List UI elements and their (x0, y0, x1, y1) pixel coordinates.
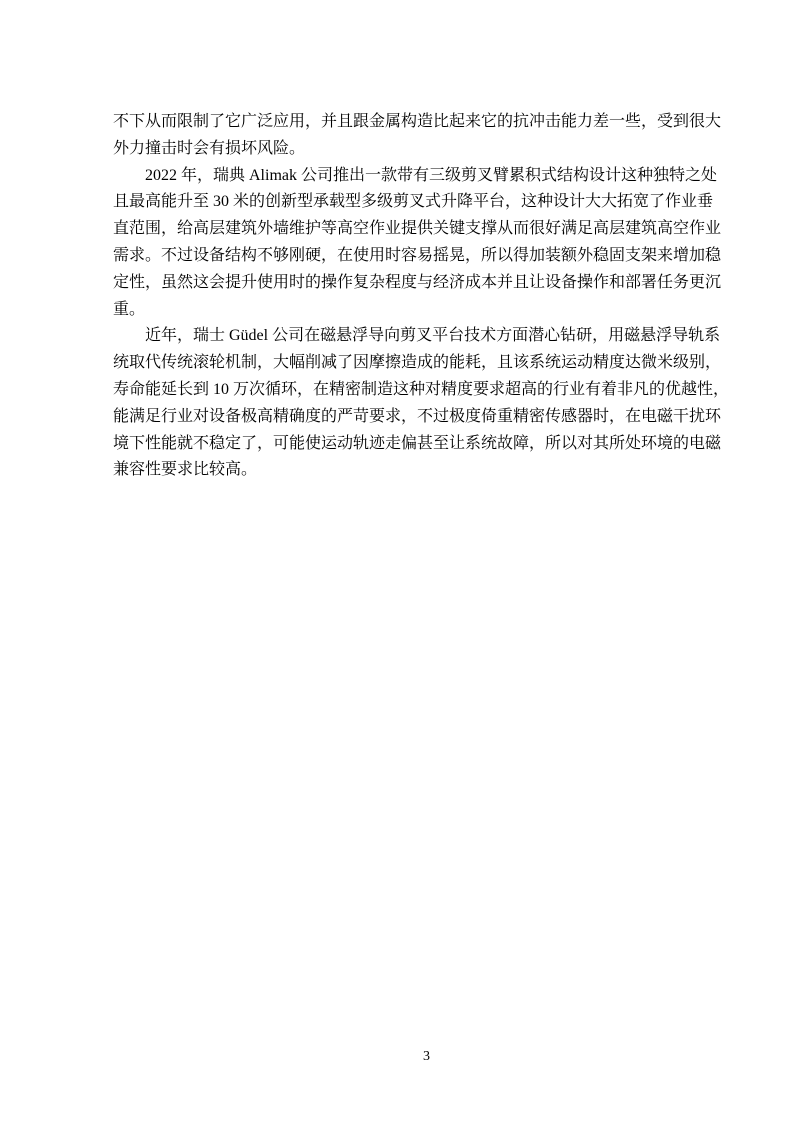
text-line: 且最高能升至 30 米的创新型承载型多级剪叉式升降平台，这种设计大大拓宽了作业垂 (113, 189, 727, 216)
text-line: 需求。不过设备结构不够刚硬，在使用时容易摇晃，所以得加装额外稳固支架来增加稳 (113, 243, 727, 270)
document-page: 不下从而限制了它广泛应用，并且跟金属构造比起来它的抗冲击能力差一些，受到很大 外… (0, 0, 793, 1122)
text-line: 直范围，给高层建筑外墙维护等高空作业提供关键支撑从而很好满足高层建筑高空作业 (113, 216, 727, 243)
text-line: 近年，瑞士 Güdel 公司在磁悬浮导向剪叉平台技术方面潜心钻研，用磁悬浮导轨系 (113, 323, 727, 350)
page-number: 3 (113, 1049, 740, 1065)
text-line: 境下性能就不稳定了，可能使运动轨迹走偏甚至让系统故障，所以对其所处环境的电磁 (113, 431, 727, 458)
paragraph-2: 2022 年，瑞典 Alimak 公司推出一款带有三级剪叉臂累积式结构设计这种独… (113, 163, 727, 324)
paragraph-1: 不下从而限制了它广泛应用，并且跟金属构造比起来它的抗冲击能力差一些，受到很大 外… (113, 109, 727, 163)
text-line: 能满足行业对设备极高精确度的严苛要求，不过极度倚重精密传感器时，在电磁干扰环 (113, 404, 727, 431)
paragraph-3: 近年，瑞士 Güdel 公司在磁悬浮导向剪叉平台技术方面潜心钻研，用磁悬浮导轨系… (113, 323, 727, 484)
text-line: 不下从而限制了它广泛应用，并且跟金属构造比起来它的抗冲击能力差一些，受到很大 (113, 109, 727, 136)
text-line: 定性，虽然这会提升使用时的操作复杂程度与经济成本并且让设备操作和部署任务更沉 (113, 270, 727, 297)
text-line: 2022 年，瑞典 Alimak 公司推出一款带有三级剪叉臂累积式结构设计这种独… (113, 163, 727, 190)
text-line: 重。 (113, 297, 727, 324)
text-line: 外力撞击时会有损坏风险。 (113, 136, 727, 163)
text-line: 统取代传统滚轮机制，大幅削减了因摩擦造成的能耗，且该系统运动精度达微米级别， (113, 350, 727, 377)
document-body-text: 不下从而限制了它广泛应用，并且跟金属构造比起来它的抗冲击能力差一些，受到很大 外… (113, 109, 727, 484)
text-line: 兼容性要求比较高。 (113, 457, 727, 484)
text-line: 寿命能延长到 10 万次循环，在精密制造这种对精度要求超高的行业有着非凡的优越性… (113, 377, 727, 404)
